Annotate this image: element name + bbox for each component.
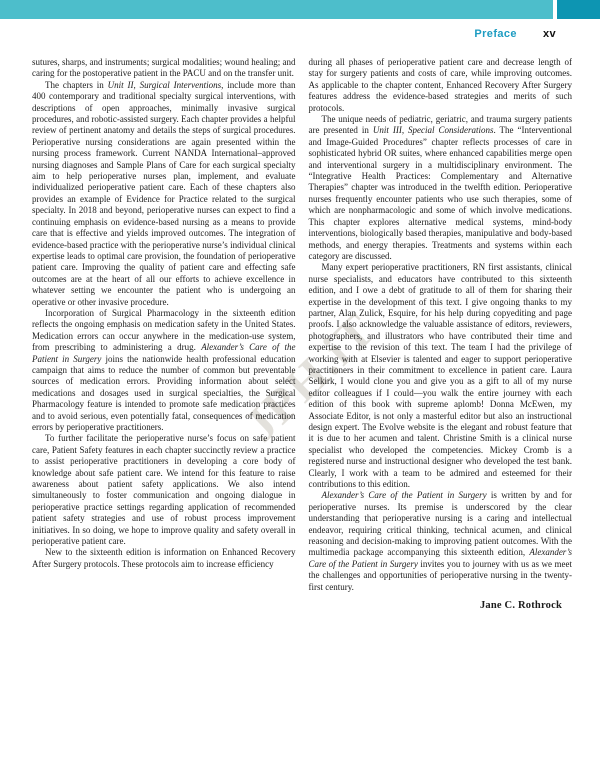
page-number: xv <box>543 28 556 40</box>
left-column: sutures, sharps, and instruments; surgic… <box>32 57 296 612</box>
header-accent-bar-light <box>0 0 553 19</box>
body-paragraph: To further facilitate the perioperative … <box>32 433 296 547</box>
right-column: during all phases of perioperative patie… <box>309 57 573 612</box>
header-accent-block-dark <box>557 0 600 19</box>
body-paragraph: Incorporation of Surgical Pharmacology i… <box>32 308 296 433</box>
body-paragraph: The unique needs of pediatric, geriatric… <box>309 114 573 262</box>
header-accent-bars <box>0 0 600 19</box>
body-paragraph: The chapters in Unit II, Surgical Interv… <box>32 80 296 308</box>
page-title: Preface <box>474 28 517 40</box>
body-paragraph: during all phases of perioperative patie… <box>309 57 573 114</box>
running-header: Preface xv <box>0 28 600 40</box>
author-signature: Jane C. Rothrock <box>309 600 573 611</box>
body-paragraph: New to the sixteenth edition is informat… <box>32 547 296 570</box>
body-paragraph: sutures, sharps, and instruments; surgic… <box>32 57 296 80</box>
body-paragraph: Alexander’s Care of the Patient in Surge… <box>309 490 573 593</box>
page-body: sutures, sharps, and instruments; surgic… <box>0 57 600 612</box>
body-paragraph: Many expert perioperative practitioners,… <box>309 262 573 490</box>
